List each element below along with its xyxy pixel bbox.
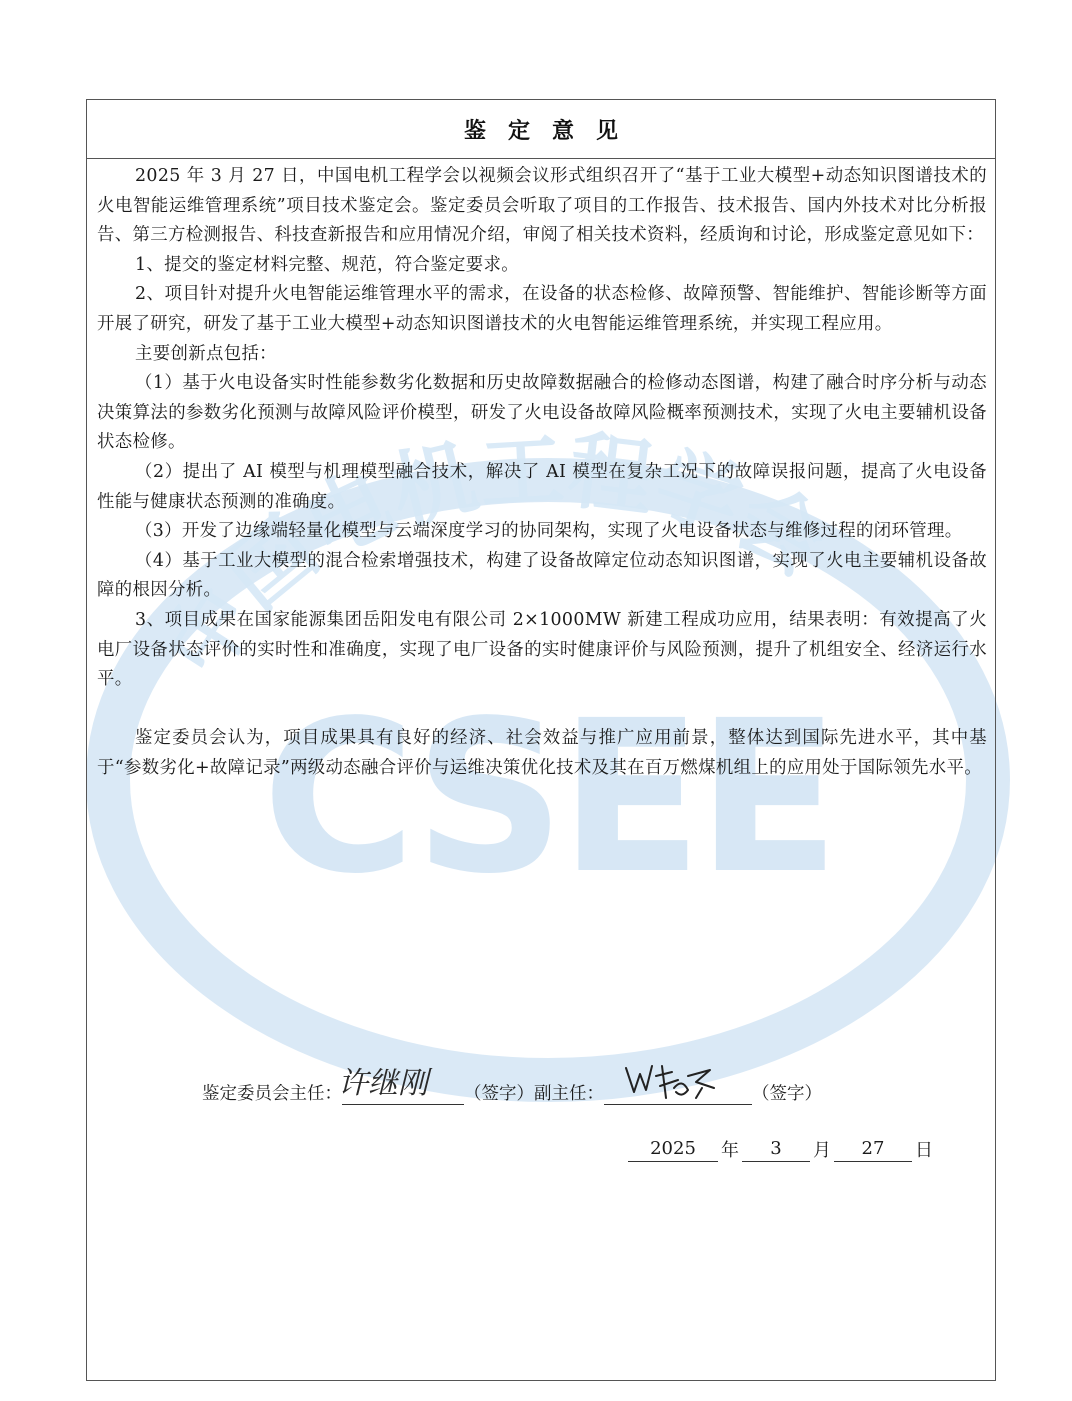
date-year: 2025 [628,1137,718,1162]
vice-chair-label: 副主任： [534,1080,604,1105]
paragraph-innovation-3: （3）开发了边缘端轻量化模型与云端深度学习的协同架构，实现了火电设备状态与维修过… [97,517,987,547]
date-month-unit: 月 [810,1136,834,1162]
paragraph-item-1: 1、提交的鉴定材料完整、规范，符合鉴定要求。 [97,251,987,281]
paragraph-intro: 2025 年 3 月 27 日，中国电机工程学会以视频会议形式组织召开了“基于工… [97,162,987,251]
date-month: 3 [742,1137,810,1162]
opinion-body: 2025 年 3 月 27 日，中国电机工程学会以视频会议形式组织召开了“基于工… [97,162,987,783]
opinion-form-frame: 鉴定意见 2025 年 3 月 27 日，中国电机工程学会以视频会议形式组织召开… [86,99,996,1381]
title-row: 鉴定意见 [87,100,995,159]
date-day-unit: 日 [912,1136,936,1162]
paragraph-innovations-heading: 主要创新点包括： [97,340,987,370]
chair-label: 鉴定委员会主任： [202,1080,342,1105]
date-row: 2025 年 3 月 27 日 [628,1136,936,1162]
paragraph-item-3: 3、项目成果在国家能源集团岳阳发电有限公司 2×1000MW 新建工程成功应用，… [97,606,987,695]
sign-note-vice-chair: （签字） [752,1080,822,1105]
date-year-unit: 年 [718,1136,742,1162]
date-day: 27 [834,1137,912,1162]
paragraph-item-2: 2、项目针对提升火电智能运维管理水平的需求，在设备的状态检修、故障预警、智能维护… [97,280,987,339]
vice-chair-signature-icon [622,1058,732,1110]
sign-note-chair: （签字） [464,1080,534,1105]
chair-signature: 许继刚 [338,1058,428,1102]
paragraph-innovation-2: （2）提出了 AI 模型与机理模型融合技术，解决了 AI 模型在复杂工况下的故障… [97,458,987,517]
paragraph-conclusion: 鉴定委员会认为，项目成果具有良好的经济、社会效益与推广应用前景，整体达到国际先进… [97,724,987,783]
paragraph-innovation-1: （1）基于火电设备实时性能参数劣化数据和历史故障数据融合的检修动态图谱，构建了融… [97,369,987,458]
paragraph-innovation-4: （4）基于工业大模型的混合检索增强技术，构建了设备故障定位动态知识图谱，实现了火… [97,547,987,606]
document-title: 鉴定意见 [442,114,640,145]
signature-row: 鉴定委员会主任： 许继刚 （签字） 副主任： （签字） [202,1080,822,1105]
vice-chair-signature-line [604,1080,752,1105]
chair-signature-line: 许继刚 [342,1080,464,1105]
